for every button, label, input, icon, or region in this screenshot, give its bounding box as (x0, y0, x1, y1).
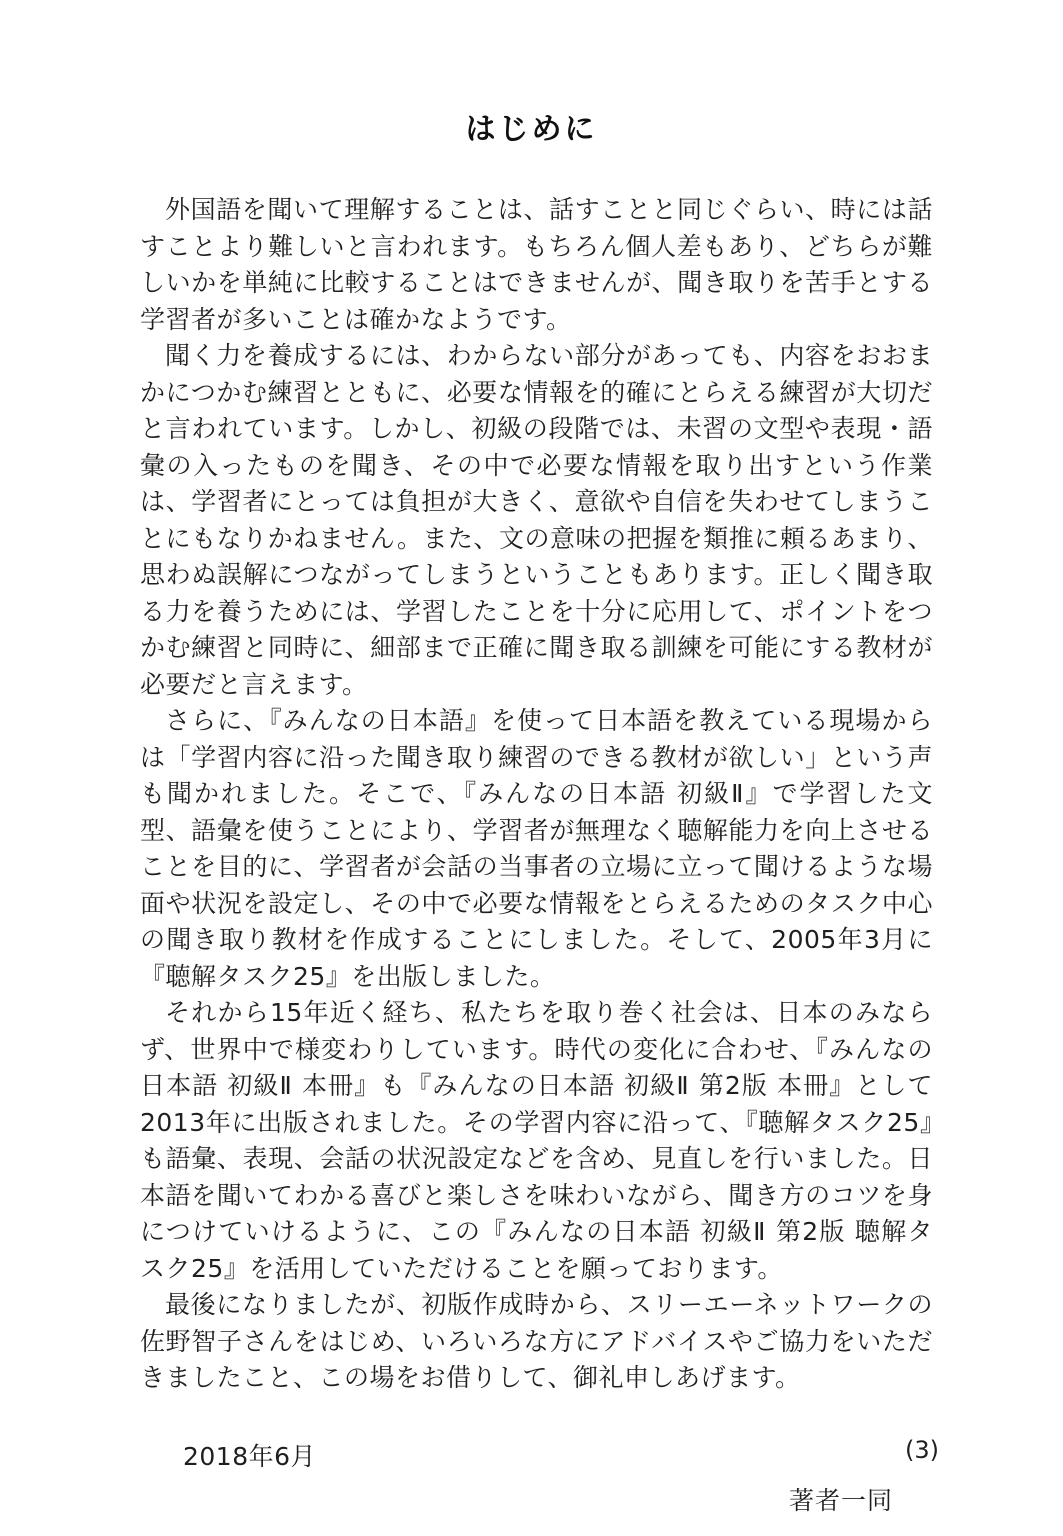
paragraph-5: 最後になりましたが、初版作成時から、スリーエーネットワークの佐野智子さんをはじめ… (140, 1287, 933, 1397)
paragraph-3: さらに、『みんなの日本語』を使って日本語を教えている現場からは「学習内容に沿った… (140, 703, 933, 995)
author-line: 著者一同 (0, 1481, 893, 1517)
paragraph-2: 聞く力を養成するには、わからない部分があっても、内容をおおまかにつかむ練習ととも… (140, 338, 933, 703)
body-text: 外国語を聞いて理解することは、話すことと同じぐらい、時には話すことより難しいと言… (140, 192, 933, 1397)
page-title: はじめに (0, 0, 1063, 148)
paragraph-1: 外国語を聞いて理解することは、話すことと同じぐらい、時には話すことより難しいと言… (140, 192, 933, 338)
paragraph-4: それから15年近く経ち、私たちを取り巻く社会は、日本のみならず、世界中で様変わり… (140, 995, 933, 1287)
document-page: はじめに 外国語を聞いて理解することは、話すことと同じぐらい、時には話すことより… (0, 0, 1063, 1536)
page-number: (3) (905, 1436, 939, 1464)
